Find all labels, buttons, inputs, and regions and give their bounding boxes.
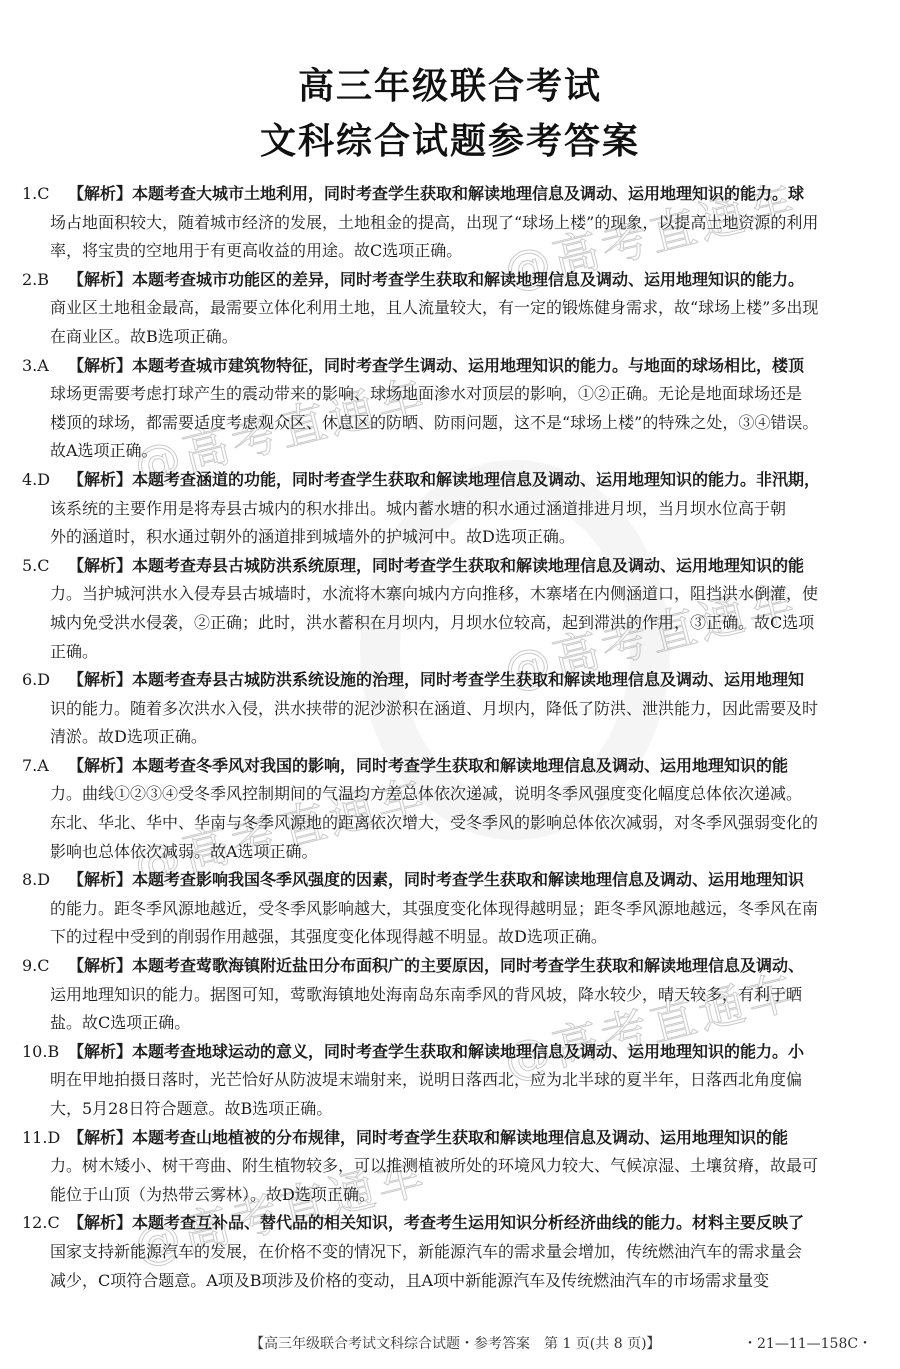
answer-line: 外的涵道时，积水通过朝外的涵道排到城墙外的护城河中。故D选项正确。: [50, 523, 884, 552]
analysis-label: 【解析】: [68, 756, 132, 775]
answer-line: 正确。: [50, 638, 884, 667]
answer-line: 场占地面积较大，随着城市经济的发展，土地租金的提高，出现了“球场上楼”的现象，以…: [50, 209, 884, 238]
answer-text: 本题考查涵道的功能，同时考查学生获取和解读地理信息及调动、运用地理知识的能力。非…: [132, 470, 820, 489]
answer-line: 国家支持新能源汽车的发展，在价格不变的情况下，新能源汽车的需求量会增加，传统燃油…: [50, 1238, 884, 1267]
answer-line: 东北、华北、华中、华南与冬季风源地的距离依次增大，受冬季风的影响总体依次减弱，对…: [50, 809, 884, 838]
answer-line: 影响也总体依次减弱。故A选项正确。: [50, 838, 884, 867]
answer-line: 【解析】本题考查城市功能区的差异，同时考查学生获取和解读地理信息及调动、运用地理…: [50, 266, 884, 295]
answer-text: 本题考查寿县古城防洪系统原理，同时考查学生获取和解读地理信息及调动、运用地理知识…: [132, 556, 804, 575]
analysis-label: 【解析】: [68, 356, 132, 375]
answer-line: 清淤。故D选项正确。: [50, 723, 884, 752]
answer-item: 4.D【解析】本题考查涵道的功能，同时考查学生获取和解读地理信息及调动、运用地理…: [22, 466, 884, 552]
answer-line: 【解析】本题考查城市建筑物特征，同时考查学生调动、运用地理知识的能力。与地面的球…: [50, 352, 884, 381]
answer-text: 本题考查冬季风对我国的影响，同时考查学生获取和解读地理信息及调动、运用地理知识的…: [132, 756, 788, 775]
analysis-label: 【解析】: [68, 184, 132, 203]
answer-number: 1.C: [22, 180, 50, 209]
answer-line: 力。树木矮小、树干弯曲、附生植物较多，可以推测植被所处的环境风力较大、气候凉湿、…: [50, 1152, 884, 1181]
answer-line: 故A选项正确。: [50, 437, 884, 466]
answer-line: 在商业区。故B选项正确。: [50, 323, 884, 352]
answer-number: 10.B: [22, 1038, 59, 1067]
answer-line: 识的能力。随着多次洪水入侵，洪水挟带的泥沙淤积在涵道、月坝内，降低了防洪、泄洪能…: [50, 695, 884, 724]
page-title-line1: 高三年级联合考试: [0, 58, 900, 109]
analysis-label: 【解析】: [68, 670, 132, 689]
answer-item: 1.C【解析】本题考查大城市土地利用，同时考查学生获取和解读地理信息及调动、运用…: [22, 180, 884, 266]
answer-line: 大，5月28日符合题意。故B选项正确。: [50, 1095, 884, 1124]
answer-line: 率，将宝贵的空地用于有更高收益的用途。故C选项正确。: [50, 237, 884, 266]
answer-line: 【解析】本题考查涵道的功能，同时考查学生获取和解读地理信息及调动、运用地理知识的…: [50, 466, 884, 495]
page-title-line2: 文科综合试题参考答案: [0, 113, 900, 164]
answer-line: 能位于山顶（为热带云雾林）。故D选项正确。: [50, 1181, 884, 1210]
answer-item: 12.C【解析】本题考查互补品、替代品的相关知识，考查考生运用知识分析经济曲线的…: [22, 1209, 884, 1295]
analysis-label: 【解析】: [68, 1128, 132, 1147]
analysis-label: 【解析】: [68, 270, 132, 289]
analysis-label: 【解析】: [68, 470, 132, 489]
answer-text: 本题考查城市功能区的差异，同时考查学生获取和解读地理信息及调动、运用地理知识的能…: [132, 270, 804, 289]
answer-text: 本题考查大城市土地利用，同时考查学生获取和解读地理信息及调动、运用地理知识的能力…: [132, 184, 804, 203]
answer-line: 【解析】本题考查大城市土地利用，同时考查学生获取和解读地理信息及调动、运用地理知…: [50, 180, 884, 209]
answer-number: 4.D: [22, 466, 50, 495]
answer-line: 盐。故C选项正确。: [50, 1009, 884, 1038]
answer-item: 8.D【解析】本题考查影响我国冬季风强度的因素，同时考查学生获取和解读地理信息及…: [22, 866, 884, 952]
answer-line: 力。曲线①②③④受冬季风控制期间的气温均方差总体依次递减，说明冬季风强度变化幅度…: [50, 780, 884, 809]
answer-item: 3.A【解析】本题考查城市建筑物特征，同时考查学生调动、运用地理知识的能力。与地…: [22, 352, 884, 466]
answer-text: 本题考查山地植被的分布规律，同时考查学生获取和解读地理信息及调动、运用地理知识的…: [132, 1128, 788, 1147]
answer-line: 该系统的主要作用是将寿县古城内的积水排出。城内蓄水塘的积水通过涵道排进月坝，当月…: [50, 495, 884, 524]
analysis-label: 【解析】: [68, 956, 132, 975]
answer-line: 【解析】本题考查莺歌海镇附近盐田分布面积广的主要原因，同时考查学生获取和解读地理…: [50, 952, 884, 981]
answer-item: 5.C【解析】本题考查寿县古城防洪系统原理，同时考查学生获取和解读地理信息及调动…: [22, 552, 884, 666]
answer-line: 【解析】本题考查寿县古城防洪系统原理，同时考查学生获取和解读地理信息及调动、运用…: [50, 552, 884, 581]
answer-line: 【解析】本题考查互补品、替代品的相关知识，考查考生运用知识分析经济曲线的能力。材…: [50, 1209, 884, 1238]
analysis-label: 【解析】: [68, 1213, 132, 1232]
answer-item: 2.B【解析】本题考查城市功能区的差异，同时考查学生获取和解读地理信息及调动、运…: [22, 266, 884, 352]
footer-page-info: 【高三年级联合考试文科综合试题・参考答案 第 1 页(共 8 页)】: [250, 1333, 661, 1353]
answer-number: 7.A: [22, 752, 49, 781]
answer-text: 本题考查地球运动的意义，同时考查学生获取和解读地理信息及调动、运用地理知识的能力…: [132, 1042, 804, 1061]
answer-number: 11.D: [22, 1124, 60, 1153]
answer-line: 【解析】本题考查影响我国冬季风强度的因素，同时考查学生获取和解读地理信息及调动、…: [50, 866, 884, 895]
answer-number: 5.C: [22, 552, 50, 581]
answer-list: 1.C【解析】本题考查大城市土地利用，同时考查学生获取和解读地理信息及调动、运用…: [22, 180, 884, 1295]
answer-number: 3.A: [22, 352, 49, 381]
answer-item: 7.A【解析】本题考查冬季风对我国的影响，同时考查学生获取和解读地理信息及调动、…: [22, 752, 884, 866]
answer-line: 减少，C项符合题意。A项及B项涉及价格的变动，且A项中新能源汽车及传统燃油汽车的…: [50, 1267, 884, 1296]
answer-line: 【解析】本题考查地球运动的意义，同时考查学生获取和解读地理信息及调动、运用地理知…: [50, 1038, 884, 1067]
answer-line: 楼顶的球场，都需要适度考虑观众区、休息区的防晒、防雨问题，这不是“球场上楼”的特…: [50, 409, 884, 438]
analysis-label: 【解析】: [68, 1042, 132, 1061]
answer-line: 【解析】本题考查寿县古城防洪系统设施的治理，同时考查学生获取和解读地理信息及调动…: [50, 666, 884, 695]
analysis-label: 【解析】: [68, 556, 132, 575]
answer-number: 12.C: [22, 1209, 60, 1238]
answer-text: 本题考查互补品、替代品的相关知识，考查考生运用知识分析经济曲线的能力。材料主要反…: [132, 1213, 804, 1232]
footer-doc-code: ・21—11—158C・: [743, 1333, 872, 1353]
answer-line: 运用地理知识的能力。据图可知，莺歌海镇地处海南岛东南季风的背风坡，降水较少，晴天…: [50, 981, 884, 1010]
answer-item: 9.C【解析】本题考查莺歌海镇附近盐田分布面积广的主要原因，同时考查学生获取和解…: [22, 952, 884, 1038]
answer-line: 下的过程中受到的削弱作用越强，其强度变化体现得越不明显。故D选项正确。: [50, 923, 884, 952]
answer-text: 本题考查莺歌海镇附近盐田分布面积广的主要原因，同时考查学生获取和解读地理信息及调…: [132, 956, 804, 975]
answer-text: 本题考查寿县古城防洪系统设施的治理，同时考查学生获取和解读地理信息及调动、运用地…: [132, 670, 804, 689]
answer-line: 【解析】本题考查冬季风对我国的影响，同时考查学生获取和解读地理信息及调动、运用地…: [50, 752, 884, 781]
answer-number: 2.B: [22, 266, 49, 295]
answer-item: 11.D【解析】本题考查山地植被的分布规律，同时考查学生获取和解读地理信息及调动…: [22, 1124, 884, 1210]
analysis-label: 【解析】: [68, 870, 132, 889]
answer-line: 【解析】本题考查山地植被的分布规律，同时考查学生获取和解读地理信息及调动、运用地…: [50, 1124, 884, 1153]
answer-line: 商业区土地租金最高，最需要立体化利用土地，且人流量较大，有一定的锻炼健身需求，故…: [50, 294, 884, 323]
answer-text: 本题考查城市建筑物特征，同时考查学生调动、运用地理知识的能力。与地面的球场相比，…: [132, 356, 804, 375]
answer-text: 本题考查影响我国冬季风强度的因素，同时考查学生获取和解读地理信息及调动、运用地理…: [132, 870, 804, 889]
answer-line: 城内免受洪水侵袭，②正确；此时，洪水蓄积在月坝内，月坝水位较高，起到滞洪的作用，…: [50, 609, 884, 638]
answer-line: 明在甲地拍摄日落时，光芒恰好从防波堤末端射来，说明日落西北，应为北半球的夏半年，…: [50, 1066, 884, 1095]
answer-line: 力。当护城河洪水入侵寿县古城墙时，水流将木寨向城内方向推移，木寨堵在内侧涵道口，…: [50, 580, 884, 609]
answer-number: 6.D: [22, 666, 50, 695]
answer-number: 9.C: [22, 952, 50, 981]
answer-item: 6.D【解析】本题考查寿县古城防洪系统设施的治理，同时考查学生获取和解读地理信息…: [22, 666, 884, 752]
answer-number: 8.D: [22, 866, 50, 895]
answer-line: 的能力。距冬季风源地越近，受冬季风影响越大，其强度变化体现得越明显；距冬季风源地…: [50, 895, 884, 924]
answer-item: 10.B【解析】本题考查地球运动的意义，同时考查学生获取和解读地理信息及调动、运…: [22, 1038, 884, 1124]
answer-line: 球场更需要考虑打球产生的震动带来的影响、球场地面渗水对顶层的影响，①②正确。无论…: [50, 380, 884, 409]
